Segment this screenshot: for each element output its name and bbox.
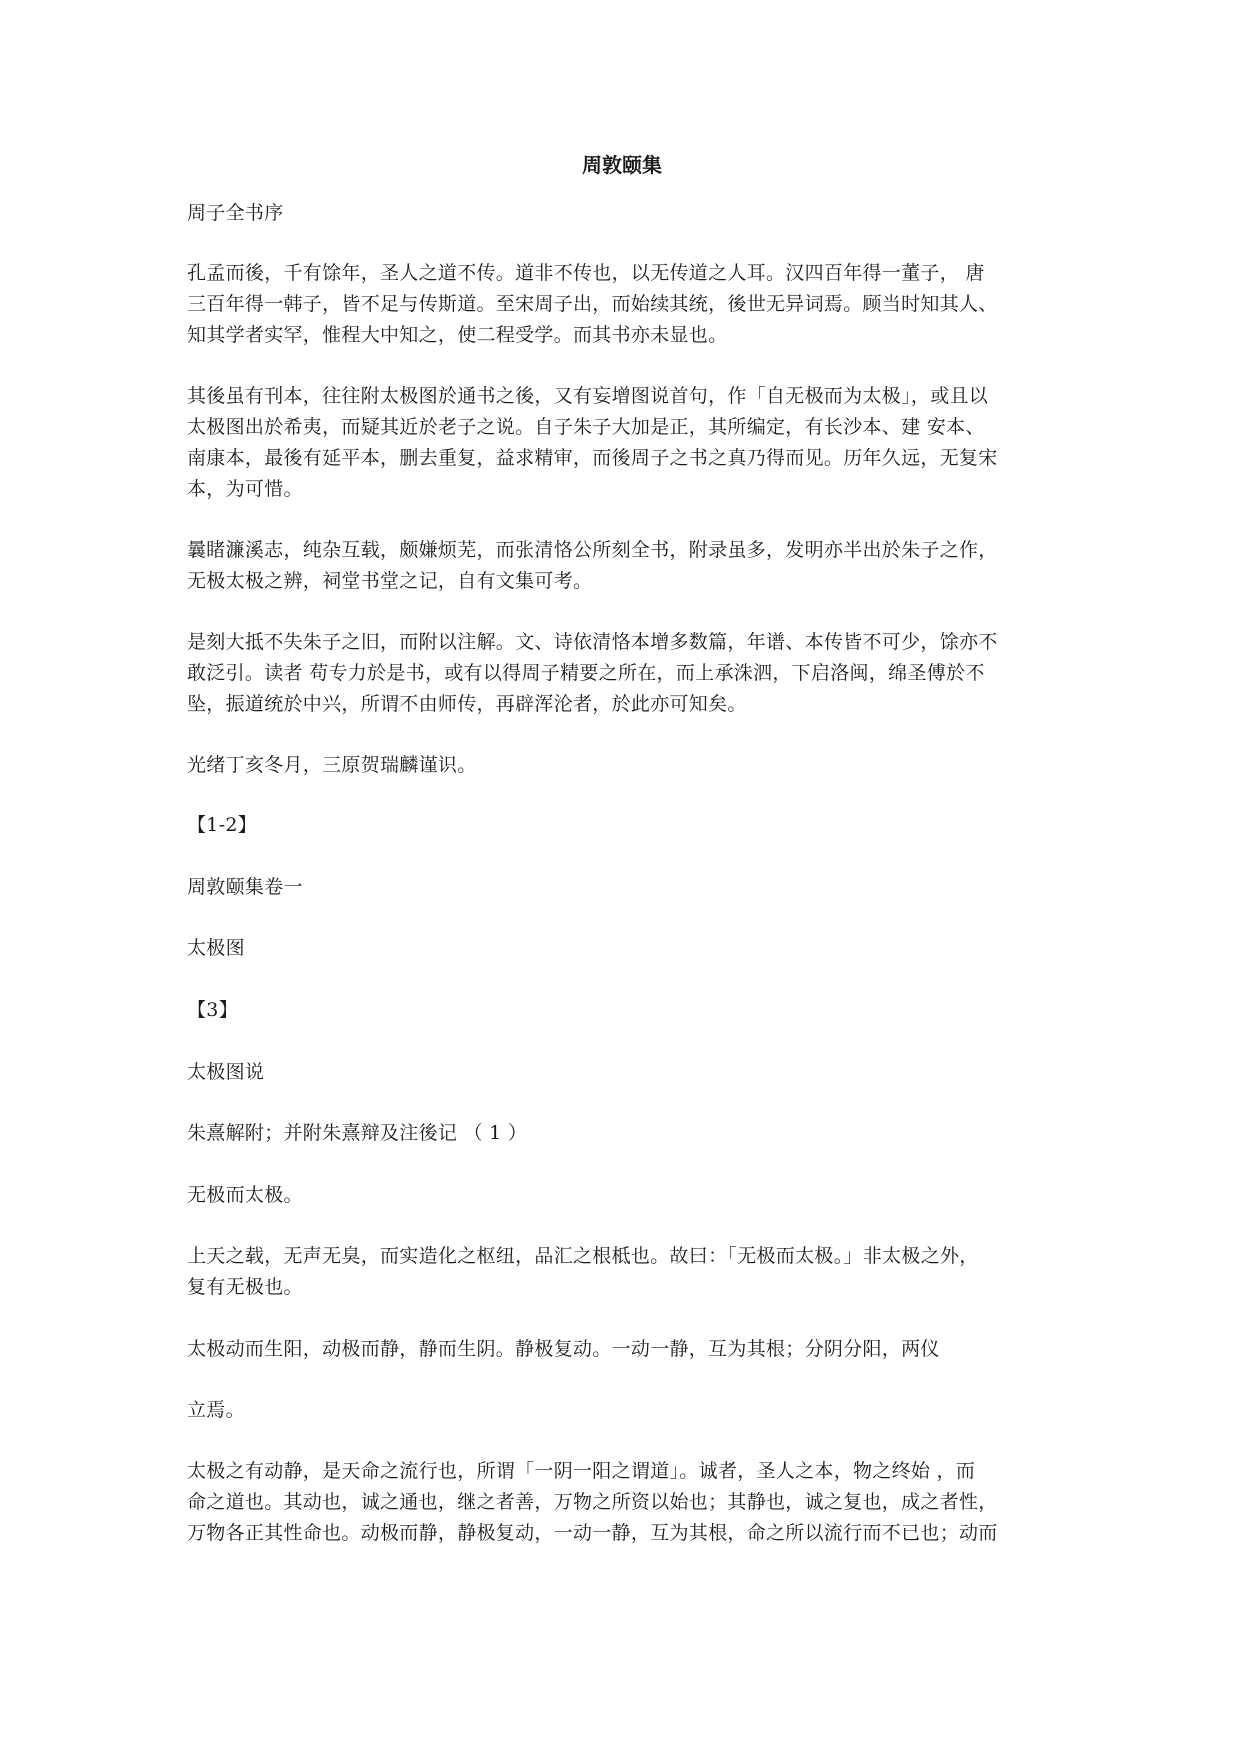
- text-line: 光绪丁亥冬月，三原贺瑞麟谨识。: [187, 750, 1057, 781]
- paragraph: 孔孟而後，千有馀年，圣人之道不传。道非不传也，以无传道之人耳。汉四百年得一董子，…: [187, 258, 1057, 351]
- text-line: 其後虽有刊本，往往附太极图於通书之後，又有妄增图说首句，作「自无极而为太极」，或…: [187, 381, 1057, 412]
- paragraph: 周子全书序: [187, 198, 1057, 229]
- text-line: 太极图说: [187, 1057, 1057, 1088]
- paragraph: 光绪丁亥冬月，三原贺瑞麟谨识。: [187, 750, 1057, 781]
- text-line: 【3】: [187, 995, 1057, 1026]
- paragraph: 【3】: [187, 995, 1057, 1026]
- paragraph: 太极图说: [187, 1057, 1057, 1088]
- text-line: 太极图出於希夷，而疑其近於老子之说。自子朱子大加是正，其所编定，有长沙本、建 安…: [187, 412, 1057, 443]
- paragraph: 太极动而生阳，动极而静，静而生阴。静极复动。一动一静，互为其根；分阴分阳，两仪: [187, 1334, 1057, 1365]
- text-line: 万物各正其性命也。动极而静，静极复动，一动一静，互为其根，命之所以流行而不已也；…: [187, 1518, 1057, 1549]
- text-line: 知其学者实罕，惟程大中知之，使二程受学。而其书亦未显也。: [187, 320, 1057, 351]
- paragraph: 【1-2】: [187, 810, 1057, 841]
- text-line: 复有无极也。: [187, 1272, 1057, 1303]
- text-line: 太极之有动静，是天命之流行也，所谓「一阴一阳之谓道」。诚者，圣人之本，物之终始 …: [187, 1456, 1057, 1487]
- paragraph: 上天之载，无声无臭，而实造化之枢纽，品汇之根柢也。故曰：「无极而太极。」非太极之…: [187, 1241, 1057, 1303]
- text-line: 周敦颐集卷一: [187, 872, 1057, 903]
- paragraph: 太极图: [187, 933, 1057, 964]
- paragraph: 无极而太极。: [187, 1180, 1057, 1211]
- paragraph: 曩睹濂溪志，纯杂互载，颇嫌烦芜，而张清恪公所刻全书，附录虽多，发明亦半出於朱子之…: [187, 535, 1057, 597]
- text-line: 周子全书序: [187, 198, 1057, 229]
- text-line: 曩睹濂溪志，纯杂互载，颇嫌烦芜，而张清恪公所刻全书，附录虽多，发明亦半出於朱子之…: [187, 535, 1057, 566]
- text-line: 三百年得一韩子，皆不足与传斯道。至宋周子出，而始续其统，後世无异词焉。顾当时知其…: [187, 289, 1057, 320]
- text-line: 太极图: [187, 933, 1057, 964]
- paragraph: 其後虽有刊本，往往附太极图於通书之後，又有妄增图说首句，作「自无极而为太极」，或…: [187, 381, 1057, 505]
- text-line: 命之道也。其动也，诚之通也，继之者善，万物之所资以始也；其静也，诚之复也，成之者…: [187, 1487, 1057, 1518]
- paragraph: 周敦颐集卷一: [187, 872, 1057, 903]
- text-line: 无极而太极。: [187, 1180, 1057, 1211]
- paragraph: 朱熹解附；并附朱熹辩及注後记 （ 1 ）: [187, 1118, 1057, 1149]
- document-title: 周敦颐集: [187, 150, 1057, 180]
- text-line: 无极太极之辨，祠堂书堂之记，自有文集可考。: [187, 566, 1057, 597]
- paragraph: 立焉。: [187, 1395, 1057, 1426]
- text-line: 太极动而生阳，动极而静，静而生阴。静极复动。一动一静，互为其根；分阴分阳，两仪: [187, 1334, 1057, 1365]
- text-line: 坠，振道统於中兴，所谓不由师传，再辟浑沦者，於此亦可知矣。: [187, 689, 1057, 720]
- text-line: 朱熹解附；并附朱熹辩及注後记 （ 1 ）: [187, 1118, 1057, 1149]
- paragraph: 是刻大抵不失朱子之旧，而附以注解。文、诗依清恪本增多数篇，年谱、本传皆不可少，馀…: [187, 627, 1057, 720]
- text-line: 南康本，最後有延平本，删去重复，益求精审，而後周子之书之真乃得而见。历年久远，无…: [187, 443, 1057, 474]
- text-line: 【1-2】: [187, 810, 1057, 841]
- text-line: 立焉。: [187, 1395, 1057, 1426]
- text-line: 是刻大抵不失朱子之旧，而附以注解。文、诗依清恪本增多数篇，年谱、本传皆不可少，馀…: [187, 627, 1057, 658]
- text-line: 孔孟而後，千有馀年，圣人之道不传。道非不传也，以无传道之人耳。汉四百年得一董子，…: [187, 258, 1057, 289]
- paragraph: 太极之有动静，是天命之流行也，所谓「一阴一阳之谓道」。诚者，圣人之本，物之终始 …: [187, 1456, 1057, 1549]
- text-line: 上天之载，无声无臭，而实造化之枢纽，品汇之根柢也。故曰：「无极而太极。」非太极之…: [187, 1241, 1057, 1272]
- text-line: 敢泛引。读者 苟专力於是书，或有以得周子精要之所在，而上承洙泗，下启洛闽，绵圣傅…: [187, 658, 1057, 689]
- text-line: 本，为可惜。: [187, 474, 1057, 505]
